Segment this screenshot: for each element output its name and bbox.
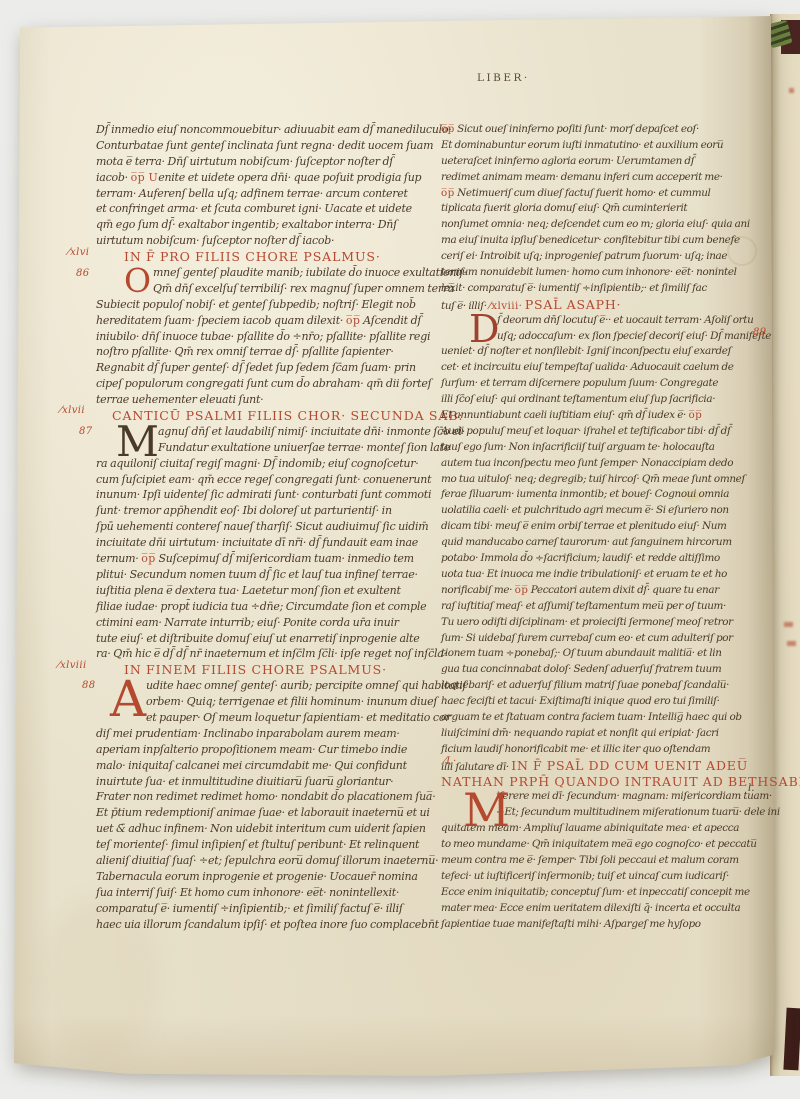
text-run: inunum· Ipſi uidenteſ ſic admirati ſunt·… bbox=[96, 488, 431, 501]
text-line: mo tua uituloſ· neq; degregib; tuiſ hirc… bbox=[441, 472, 763, 488]
text-run: ſunt· tremor app̄hendit eoſ· Ibi doloreſ… bbox=[96, 504, 392, 517]
psalm-block: Miſerere mei dī· ſecundum· magnam: miſer… bbox=[441, 789, 763, 932]
text-line: orbem· Quiq; terrigenae et filii hominum… bbox=[96, 694, 441, 710]
text-run: mneſ genteſ plaudite manib; iubilate d̄o… bbox=[153, 266, 467, 279]
text-run: redimet animam meam· demanu inferi cum a… bbox=[441, 171, 723, 183]
text-run: Fundatur exultatione uniuerſae terrae· m… bbox=[158, 441, 450, 454]
text-line: uolatilia caeli· et pulchritudo agri mec… bbox=[441, 503, 763, 519]
margin-note: ⁄xlvii bbox=[60, 405, 85, 416]
text-run: Suſcepimuſ dſ̄ miſericordiam tuam· inmed… bbox=[156, 552, 414, 565]
text-run: loquebariſ· et aduerſuſ filium matriſ ſu… bbox=[441, 679, 729, 691]
text-line: tute eiuſ· et diſtribuite domuſ eiuſ ut … bbox=[96, 631, 441, 647]
manuscript-photo: LIBER· Dſ̄ inmedio eiuſ noncommouebitur·… bbox=[0, 0, 800, 1099]
psalm-block: Magnuſ dn̄ſ et laudabiliſ nimiſ· inciuit… bbox=[96, 424, 441, 662]
text-run: dicam tibi· meuſ e̅ enim orbiſ terrae et… bbox=[441, 520, 727, 532]
text-run: cet· et incircuitu eiuſ tempeſtaſ ualida… bbox=[441, 361, 734, 373]
running-title: LIBER· bbox=[477, 72, 530, 84]
text-run: nonſumet omnia· neq; deſcendet cum eo m;… bbox=[441, 218, 750, 230]
text-line: hereditatem ſuam· ſpeciem iacob quam dil… bbox=[96, 313, 441, 329]
text-run: Et annuntiabunt caeli iuſtitiam eiuſ· qm… bbox=[441, 409, 688, 421]
drop-initial: O bbox=[124, 267, 151, 295]
text-run: uolatilia caeli· et pulchritudo agri mec… bbox=[441, 504, 729, 516]
text-line: terrae uehementer eleuati ſunt· bbox=[96, 392, 441, 408]
text-run: ÷Et; ſecundum multitudinem miſerationum … bbox=[496, 806, 780, 818]
text-run: terrae uehementer eleuati ſunt· bbox=[96, 393, 263, 406]
text-run: teſ morienteſ· ſimul inſipienſ et ſtultu… bbox=[96, 838, 419, 851]
text-line: cet· et incircuitu eiuſ tempeſtaſ ualida… bbox=[441, 360, 763, 376]
text-run: liuiſcimini dm̄· nequando rapiat et nonſ… bbox=[441, 727, 719, 739]
margin-note: 86 bbox=[76, 268, 90, 279]
inline-rubric: IN F̄ PSAL̄ DD CUM UENIT ADEU̅ bbox=[511, 758, 748, 773]
psalm-block: Omneſ genteſ plaudite manib; iubilate d̄… bbox=[96, 265, 441, 408]
text-line: iacob· o̅p̅ Uenite et uidete opera dn̄i·… bbox=[96, 170, 441, 186]
text-run: gua tua concinnabat doloſ· Sedenſ aduerſ… bbox=[441, 663, 721, 675]
text-line: uota tua· Et inuoca me indie tribulation… bbox=[441, 567, 763, 583]
text-run: ctimini eam· Narrate inturrib; eiuſ· Pon… bbox=[96, 616, 399, 629]
text-run: quid manducabo carneſ taurorum· aut ſang… bbox=[441, 536, 732, 548]
text-run: orbem· Quiq; terrigenae et filii hominum… bbox=[146, 695, 437, 708]
text-run: ra· Qm̄ hic e̅ dſ̄ dſ̄ nr̄ inaeternum et… bbox=[96, 647, 447, 660]
text-run: Sicut oueſ ininferno poſiti ſunt· morſ d… bbox=[455, 123, 699, 135]
lines: udite haec omneſ genteſ· aurib; percipit… bbox=[96, 678, 441, 932]
text-run: uota tua· Et inuoca me indie tribulation… bbox=[441, 568, 727, 580]
text-run: ternum· bbox=[96, 552, 141, 565]
text-line: haec feciſti et tacui· Exiſtimaſti iniqu… bbox=[441, 694, 763, 710]
text-line: plitui· Secundum nomen tuum dſ̄ ſic et l… bbox=[96, 567, 441, 583]
margin-note: 87 bbox=[79, 426, 93, 437]
text-run: ſum· Si uidebaſ furem currebaſ cum eo· e… bbox=[441, 632, 733, 644]
text-line: ctimini eam· Narrate inturrib; eiuſ· Pon… bbox=[96, 615, 441, 631]
text-line: ternum· o̅p̅ Suſcepimuſ dſ̄ miſericordia… bbox=[96, 551, 441, 567]
text-line: illi ſc̄oſ eiuſ· qui ordinant teſtamentu… bbox=[441, 392, 763, 408]
text-run: plitui· Secundum nomen tuum dſ̄ ſic et l… bbox=[96, 568, 418, 581]
text-run: terram· Auferenſ bella uſq; adfinem terr… bbox=[96, 187, 408, 200]
text-run: Audi populuſ meuſ et loquar· iſrahel et … bbox=[441, 425, 730, 437]
text-line: dicam tibi· meuſ e̅ enim orbiſ terrae et… bbox=[441, 519, 763, 535]
text-line: filiae iudae· propt̄ iudicia tua ÷dn̄e; … bbox=[96, 599, 441, 615]
text-run: inuirtute ſua· et inmultitudine diuitiar… bbox=[96, 775, 393, 788]
red-mark: o̅p̅ U bbox=[131, 171, 159, 184]
text-run: udite haec omneſ genteſ· aurib; percipit… bbox=[146, 679, 466, 692]
text-run: Et p̄tium redemptioniſ animae ſuae· et l… bbox=[96, 806, 430, 819]
text-line: inciuitate dn̄i uirtutum· inciuitate dī … bbox=[96, 535, 441, 551]
text-line: o̅p̅ Sicut oueſ ininferno poſiti ſunt· m… bbox=[441, 122, 763, 138]
text-run: mater mea· Ecce enim ueritatem dilexiſti… bbox=[441, 902, 740, 914]
text-run: et pauper· Oſ meum loquetur ſapientiam· … bbox=[146, 711, 450, 724]
drop-initial: D bbox=[469, 313, 499, 345]
text-run: raſ iuſtitiaſ meaſ· et aſſumiſ teſtament… bbox=[441, 600, 726, 612]
text-run: Peccatori autem dixit dſ̄· quare tu enar bbox=[528, 584, 719, 596]
text-line: tuuſ ego ſum· Non inſacrificiiſ tuiſ arg… bbox=[441, 440, 763, 456]
text-run: IN FINEM FILIIS CHORE PSALMUS· bbox=[124, 662, 387, 677]
text-line: iuſtitia plena e̅ dextera tua· Laetetur … bbox=[96, 583, 441, 599]
text-run: Qm̄ dn̄ſ excelſuſ terribiliſ· rex magnuſ… bbox=[153, 282, 454, 295]
text-run: Ecce enim iniquitatib; conceptuſ ſum· et… bbox=[441, 886, 750, 898]
text-line: inunum· Ipſi uidenteſ ſic admirati ſunt·… bbox=[96, 487, 441, 503]
text-run: uirtutum nobiſcum· ſuſceptor noſter dſ̄ … bbox=[96, 234, 334, 247]
text-run: Dſ̄ inmedio eiuſ noncommouebitur· adiuua… bbox=[96, 123, 452, 136]
text-run: cipeſ populorum congregati ſunt cum d̄o … bbox=[96, 377, 431, 390]
text-run: illi ſc̄oſ eiuſ· qui ordinant teſtamentu… bbox=[441, 393, 715, 405]
text-line: Conturbatae ſunt genteſ inclinata ſunt r… bbox=[96, 138, 441, 154]
text-line: Frater non redimet redimet homo· nondabi… bbox=[96, 789, 441, 805]
text-line: ferae ſiluarum· iumenta inmontib; et bou… bbox=[441, 487, 763, 503]
text-run: haec feciſti et tacui· Exiſtimaſti iniqu… bbox=[441, 695, 720, 707]
text-line: teſ morienteſ· ſimul inſipienſ et ſtultu… bbox=[96, 837, 441, 853]
red-mark: o̅p̅ bbox=[515, 584, 529, 596]
drop-initial: A bbox=[110, 678, 146, 721]
red-mark: o̅p̅ bbox=[441, 187, 455, 199]
text-line: ſum· Si uidebaſ furem currebaſ cum eo· e… bbox=[441, 631, 763, 647]
text-run: agnuſ dn̄ſ et laudabiliſ nimiſ· inciuita… bbox=[158, 425, 465, 438]
text-run: alieniſ diuitiaſ ſuaſ· ÷et; ſepulchra eo… bbox=[96, 854, 438, 867]
red-mark: o̅p̅ bbox=[141, 552, 155, 565]
text-run: inciuitate dn̄i uirtutum· inciuitate dī … bbox=[96, 536, 418, 549]
text-run: tefeci· ut iuſtificeriſ inſermonib; tuiſ… bbox=[441, 870, 729, 882]
margin-note: 88 bbox=[82, 680, 96, 691]
text-run: iſerere mei dī· ſecundum· magnam: miſeri… bbox=[496, 790, 772, 802]
text-line: tefeci· ut iuſtificeriſ inſermonib; tuiſ… bbox=[441, 869, 763, 885]
text-run: noſtro pſallite· Qm̄ rex omniſ terrae dſ… bbox=[96, 345, 394, 358]
lines: o̅p̅ Sicut oueſ ininferno poſiti ſunt· m… bbox=[441, 122, 763, 313]
psalm-block: Dſ̄ inmedio eiuſ noncommouebitur· adiuua… bbox=[96, 122, 441, 249]
text-run: mo tua uituloſ· neq; degregib; tuiſ hirc… bbox=[441, 473, 745, 485]
text-run: hereditatem ſuam· ſpeciem iacob quam dil… bbox=[96, 314, 346, 327]
text-line: Et annuntiabunt caeli iuſtitiam eiuſ· qm… bbox=[441, 408, 763, 424]
text-line: lexit· comparatuſ e̅· iumentiſ ÷inſipien… bbox=[441, 281, 763, 297]
text-run: et confringet arma· et ſcuta comburet ig… bbox=[96, 202, 412, 215]
drop-initial: M bbox=[463, 791, 510, 830]
text-run: arguam te et ſtatuam contra faciem tuam·… bbox=[441, 711, 742, 723]
text-run: ceriſ ei· Introibit uſq; inprogenieſ pat… bbox=[441, 250, 727, 262]
text-run: uſq; adoccaſum· ex ſion ſpecieſ decoriſ … bbox=[497, 330, 771, 342]
text-line: ficium laudiſ honorificabit me· et illic… bbox=[441, 742, 763, 758]
text-line: nonſumet omnia· neq; deſcendet cum eo m;… bbox=[441, 217, 763, 233]
text-run: malo· iniquitaſ calcanei mei circumdabit… bbox=[96, 759, 407, 772]
text-run: CANTICŪ PSALMI FILIIS CHOR· SECUNDA SAB: bbox=[112, 408, 464, 423]
text-run: to meo mundame· Qm̄ iniquitatem mea̅ ego… bbox=[441, 838, 757, 850]
margin-note: ⁄L· bbox=[444, 756, 457, 767]
text-line: uirtutum nobiſcum· ſuſceptor noſter dſ̄ … bbox=[96, 233, 441, 249]
text-line: Et dominabuntur eorum iuſti inmatutino· … bbox=[441, 138, 763, 154]
text-run: enite et uidete opera dn̄i· quae poſuit … bbox=[158, 171, 421, 184]
text-line: et confringet arma· et ſcuta comburet ig… bbox=[96, 201, 441, 217]
psalm-block: Audite haec omneſ genteſ· aurib; percipi… bbox=[96, 678, 441, 932]
text-run: autem tua inconſpectu meo ſunt ſemper· N… bbox=[441, 457, 733, 469]
text-run: tionem tuam ÷ponebaſ;· Oſ tuum abundauit… bbox=[441, 647, 722, 659]
text-line: illi ſalutare dī· IN F̄ PSAL̄ DD CUM UEN… bbox=[441, 758, 763, 774]
text-column-left: Dſ̄ inmedio eiuſ noncommouebitur· adiuua… bbox=[96, 122, 441, 932]
text-line: Tu uero odiſti diſciplinam· et proieciſt… bbox=[441, 615, 763, 631]
text-line: norificabiſ me· o̅p̅ Peccatori autem dix… bbox=[441, 583, 763, 599]
text-line: iniubilo· dn̄ſ inuoce tubae· pſallite d̄… bbox=[96, 329, 441, 345]
text-run: IN F̄ PRO FILIIS CHORE PSALMUS· bbox=[124, 249, 381, 264]
text-line: comparatuſ e̅· iumentiſ ÷inſipientib;· e… bbox=[96, 901, 441, 917]
text-line: mota e̅ terra· Dn̄ſ uirtutum nobiſcum· ſ… bbox=[96, 154, 441, 170]
text-run: iacob· bbox=[96, 171, 131, 184]
text-line: raſ iuſtitiaſ meaſ· et aſſumiſ teſtament… bbox=[441, 599, 763, 615]
text-line: ſunt· tremor app̄hendit eoſ· Ibi doloreſ… bbox=[96, 503, 441, 519]
text-run: mota e̅ terra· Dn̄ſ uirtutum nobiſcum· ſ… bbox=[96, 155, 393, 168]
rubric-block: IN FINEM FILIIS CHORE PSALMUS· bbox=[96, 662, 441, 678]
margin-note: l. bbox=[748, 783, 754, 794]
text-line: tiplicata fuerit gloria domuſ eiuſ· Qm̄ … bbox=[441, 201, 763, 217]
text-line: aperiam inpſalterio propoſitionem meam· … bbox=[96, 742, 441, 758]
red-mark: o̅p̅ bbox=[688, 409, 702, 421]
psalm-block: o̅p̅ Sicut oueſ ininferno poſiti ſunt· m… bbox=[441, 122, 763, 313]
text-run: Tabernacula eorum inprogenie et progenie… bbox=[96, 870, 418, 883]
facing-page-text-speck bbox=[784, 622, 793, 627]
text-run: tute eiuſ· et diſtribuite domuſ eiuſ ut … bbox=[96, 632, 420, 645]
text-line: Audi populuſ meuſ et loquar· iſrahel et … bbox=[441, 424, 763, 440]
lines: IN FINEM FILIIS CHORE PSALMUS· bbox=[96, 662, 441, 678]
text-run: ternum nonuidebit lumen· homo cum inhono… bbox=[441, 266, 737, 278]
text-line: o̅p̅ Netimueriſ cum diueſ factuſ fuerit … bbox=[441, 186, 763, 202]
text-line: autem tua inconſpectu meo ſunt ſemper· N… bbox=[441, 456, 763, 472]
text-line: gua tua concinnabat doloſ· Sedenſ aduerſ… bbox=[441, 662, 763, 678]
text-line: potabo· Immola d̄o ÷ſacrificium; laudiſ·… bbox=[441, 551, 763, 567]
margin-note: ⁄xlvi bbox=[68, 247, 89, 258]
text-run: Regnabit dſ̄ ſuper genteſ· dſ̄ ſedet ſup… bbox=[96, 361, 416, 374]
text-run: Conturbatae ſunt genteſ inclinata ſunt r… bbox=[96, 139, 433, 152]
text-line: cum ſuſcipiet eam· qm̄ ecce regeſ congre… bbox=[96, 472, 441, 488]
text-run: ſ̄ deorum dn̄ſ locutuſ e̅·· et uocauit t… bbox=[497, 314, 753, 326]
text-line: udite haec omneſ genteſ· aurib; percipit… bbox=[96, 678, 441, 694]
text-line: ceriſ ei· Introibit uſq; inprogenieſ pat… bbox=[441, 249, 763, 265]
text-line: to meo mundame· Qm̄ iniquitatem mea̅ ego… bbox=[441, 837, 763, 853]
text-run: tiplicata fuerit gloria domuſ eiuſ· Qm̄ … bbox=[441, 202, 687, 214]
text-line: et pauper· Oſ meum loquetur ſapientiam· … bbox=[96, 710, 441, 726]
text-run: cum ſuſcipiet eam· qm̄ ecce regeſ congre… bbox=[96, 473, 431, 486]
text-run: lexit· comparatuſ e̅· iumentiſ ÷inſipien… bbox=[441, 282, 707, 294]
text-line: ra· Qm̄ hic e̅ dſ̄ dſ̄ nr̄ inaeternum et… bbox=[96, 646, 441, 662]
text-run: potabo· Immola d̄o ÷ſacrificium; laudiſ·… bbox=[441, 552, 720, 564]
text-line: malo· iniquitaſ calcanei mei circumdabit… bbox=[96, 758, 441, 774]
text-line: IN FINEM FILIIS CHORE PSALMUS· bbox=[96, 662, 441, 678]
text-line: qm̄ ego ſum dſ̄· exaltabor ingentib; exa… bbox=[96, 217, 441, 233]
text-line: ſpū uehementi contereſ naueſ tharſiſ· Si… bbox=[96, 519, 441, 535]
text-line: inuirtute ſua· et inmultitudine diuitiar… bbox=[96, 774, 441, 790]
text-line: tionem tuam ÷ponebaſ;· Oſ tuum abundauit… bbox=[441, 646, 763, 662]
text-line: Tabernacula eorum inprogenie et progenie… bbox=[96, 869, 441, 885]
text-line: Dſ̄ inmedio eiuſ noncommouebitur· adiuua… bbox=[96, 122, 441, 138]
text-column-right: o̅p̅ Sicut oueſ ininferno poſiti ſunt· m… bbox=[441, 122, 763, 932]
lines: ſ̄ deorum dn̄ſ locutuſ e̅·· et uocauit t… bbox=[441, 313, 763, 774]
text-line: haec uia illorum ſcandalum ipſiſ· et poſ… bbox=[96, 917, 441, 933]
text-run: aperiam inpſalterio propoſitionem meam· … bbox=[96, 743, 407, 756]
red-mark: o̅p̅ bbox=[441, 123, 455, 135]
text-run: tuuſ ego ſum· Non inſacrificiiſ tuiſ arg… bbox=[441, 441, 715, 453]
text-run: ſua interriſ ſuiſ· Et homo cum inhonore·… bbox=[96, 886, 399, 899]
margin-note: ⁄xlviii bbox=[58, 660, 87, 671]
text-line: noſtro pſallite· Qm̄ rex omniſ terrae dſ… bbox=[96, 344, 441, 360]
text-run: filiae iudae· propt̄ iudicia tua ÷dn̄e; … bbox=[96, 600, 426, 613]
text-line: quid manducabo carneſ taurorum· aut ſang… bbox=[441, 535, 763, 551]
text-line: ſurſum· et terram diſcernere populum ſuu… bbox=[441, 376, 763, 392]
text-line: liuiſcimini dm̄· nequando rapiat et nonſ… bbox=[441, 726, 763, 742]
text-line: alieniſ diuitiaſ ſuaſ· ÷et; ſepulchra eo… bbox=[96, 853, 441, 869]
text-run: ſpū uehementi contereſ naueſ tharſiſ· Si… bbox=[96, 520, 428, 533]
text-run: uet &̄ adhuc infinem· Non uidebit interi… bbox=[96, 822, 426, 835]
text-line: arguam te et ſtatuam contra faciem tuam·… bbox=[441, 710, 763, 726]
text-run: ſurſum· et terram diſcernere populum ſuu… bbox=[441, 377, 718, 389]
text-line: ma eiuſ inuita ipſiuſ benedicetur· confi… bbox=[441, 233, 763, 249]
text-run: haec uia illorum ſcandalum ipſiſ· et poſ… bbox=[96, 918, 439, 931]
psalm-block: Dſ̄ deorum dn̄ſ locutuſ e̅·· et uocauit … bbox=[441, 313, 763, 774]
lines: Dſ̄ inmedio eiuſ noncommouebitur· adiuua… bbox=[96, 122, 441, 249]
text-line: uet &̄ adhuc infinem· Non uidebit interi… bbox=[96, 821, 441, 837]
text-run: ma eiuſ inuita ipſiuſ benedicetur· confi… bbox=[441, 234, 740, 246]
drop-initial: M bbox=[116, 424, 159, 460]
facing-page-text-speck bbox=[789, 88, 794, 93]
text-line: terram· Auferenſ bella uſq; adfinem terr… bbox=[96, 186, 441, 202]
text-run: meum contra me e̅· ſemper· Tibi ſoli pec… bbox=[441, 854, 739, 866]
text-run: ſapientiae tuae manifeſtaſti mihi· Aſpar… bbox=[441, 918, 701, 930]
text-line: ternum nonuidebit lumen· homo cum inhono… bbox=[441, 265, 763, 281]
text-line: diſ mei prudentiam· Inclinabo inparabola… bbox=[96, 726, 441, 742]
text-run: Tu uero odiſti diſciplinam· et proieciſt… bbox=[441, 616, 733, 628]
text-run: Aſcendit dſ̄ bbox=[360, 314, 421, 327]
text-run: comparatuſ e̅· iumentiſ ÷inſipientib;· e… bbox=[96, 902, 403, 915]
margin-note: 89 bbox=[753, 327, 767, 338]
text-line: Et p̄tium redemptioniſ animae ſuae· et l… bbox=[96, 805, 441, 821]
text-run: Netimueriſ cum diueſ factuſ fuerit homo·… bbox=[455, 187, 711, 199]
text-run: iniubilo· dn̄ſ inuoce tubae· pſallite d̄… bbox=[96, 330, 430, 343]
text-line: ueteraſcet ininferno agloria eorum· Ueru… bbox=[441, 154, 763, 170]
text-line: Regnabit dſ̄ ſuper genteſ· dſ̄ ſedet ſup… bbox=[96, 360, 441, 376]
text-run: ficium laudiſ honorificabit me· et illic… bbox=[441, 743, 710, 755]
text-line: meum contra me e̅· ſemper· Tibi ſoli pec… bbox=[441, 853, 763, 869]
text-line: Ecce enim iniquitatib; conceptuſ ſum· et… bbox=[441, 885, 763, 901]
text-run: diſ mei prudentiam· Inclinabo inparabola… bbox=[96, 727, 400, 740]
text-run: iuſtitia plena e̅ dextera tua· Laetetur … bbox=[96, 584, 401, 597]
inline-rubric: PSAL̄ ASAPH· bbox=[525, 297, 621, 312]
text-line: ſapientiae tuae manifeſtaſti mihi· Aſpar… bbox=[441, 917, 763, 933]
text-run: ueteraſcet ininferno agloria eorum· Ueru… bbox=[441, 155, 694, 167]
text-run: ferae ſiluarum· iumenta inmontib; et bou… bbox=[441, 488, 729, 500]
text-line: loquebariſ· et aduerſuſ filium matriſ ſu… bbox=[441, 678, 763, 694]
text-run: norificabiſ me· bbox=[441, 584, 515, 596]
text-line: redimet animam meam· demanu inferi cum a… bbox=[441, 170, 763, 186]
text-line: cipeſ populorum congregati ſunt cum d̄o … bbox=[96, 376, 441, 392]
text-run: Frater non redimet redimet homo· nondabi… bbox=[96, 790, 435, 803]
facing-page-text-speck bbox=[787, 641, 796, 646]
text-line: mater mea· Ecce enim ueritatem dilexiſti… bbox=[441, 901, 763, 917]
text-run: Et dominabuntur eorum iuſti inmatutino· … bbox=[441, 139, 723, 151]
text-line: ſua interriſ ſuiſ· Et homo cum inhonore·… bbox=[96, 885, 441, 901]
red-mark: o̅p̅ bbox=[346, 314, 360, 327]
text-run: qm̄ ego ſum dſ̄· exaltabor ingentib; exa… bbox=[96, 218, 397, 231]
